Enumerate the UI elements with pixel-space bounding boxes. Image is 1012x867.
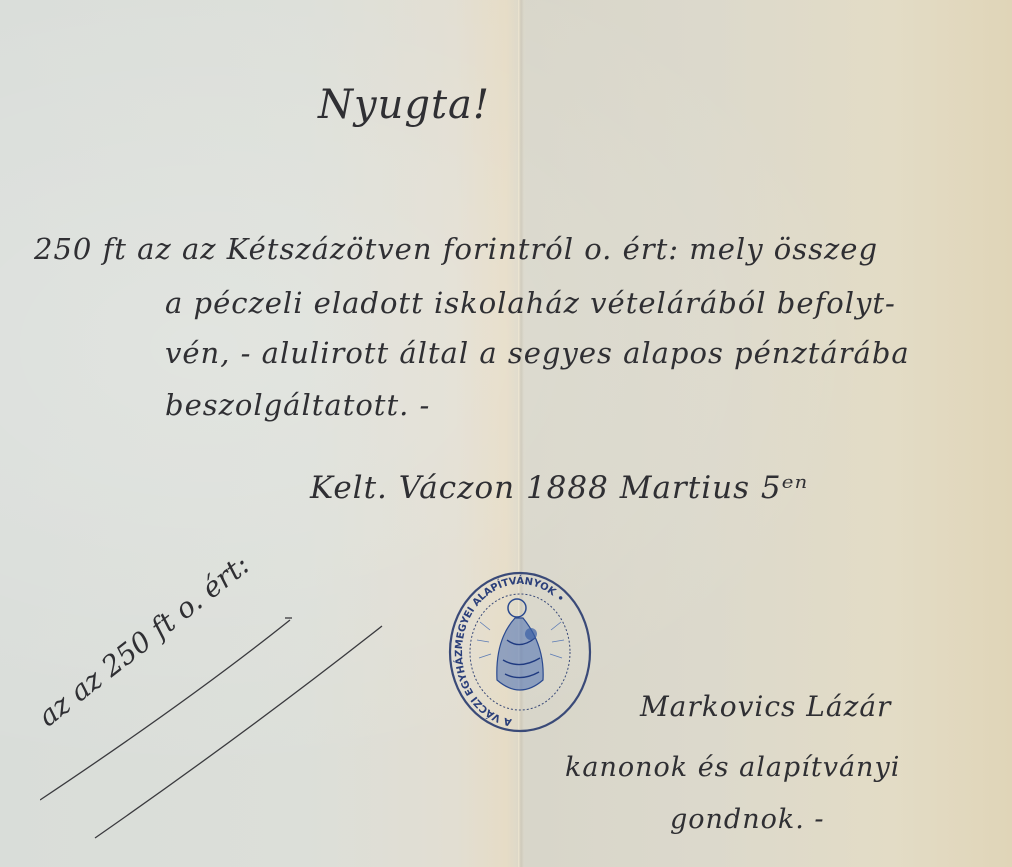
body-line-1: 250 ft az az Kétszázötven forintról o. é… — [34, 232, 878, 266]
signature-role-line-2: gondnok. - — [670, 804, 825, 835]
signature-role-line-1: kanonok és alapítványi — [565, 752, 900, 783]
official-seal-stamp: A VÁCZI EGYHÁZMEGYEI ALAPÍTVÁNYOK • — [445, 570, 595, 740]
margin-note-lines — [40, 600, 420, 840]
body-line-2: a péczeli eladott iskolaház vételárából … — [165, 286, 896, 320]
body-line-4: beszolgáltatott. - — [165, 388, 430, 422]
signature-name: Markovics Lázár — [640, 690, 891, 723]
body-line-3: vén, - alulirott által a segyes alapos p… — [165, 336, 910, 370]
place-and-date: Kelt. Váczon 1888 Martius 5ᵉⁿ — [310, 470, 808, 506]
document-heading: Nyugta! — [318, 82, 490, 128]
